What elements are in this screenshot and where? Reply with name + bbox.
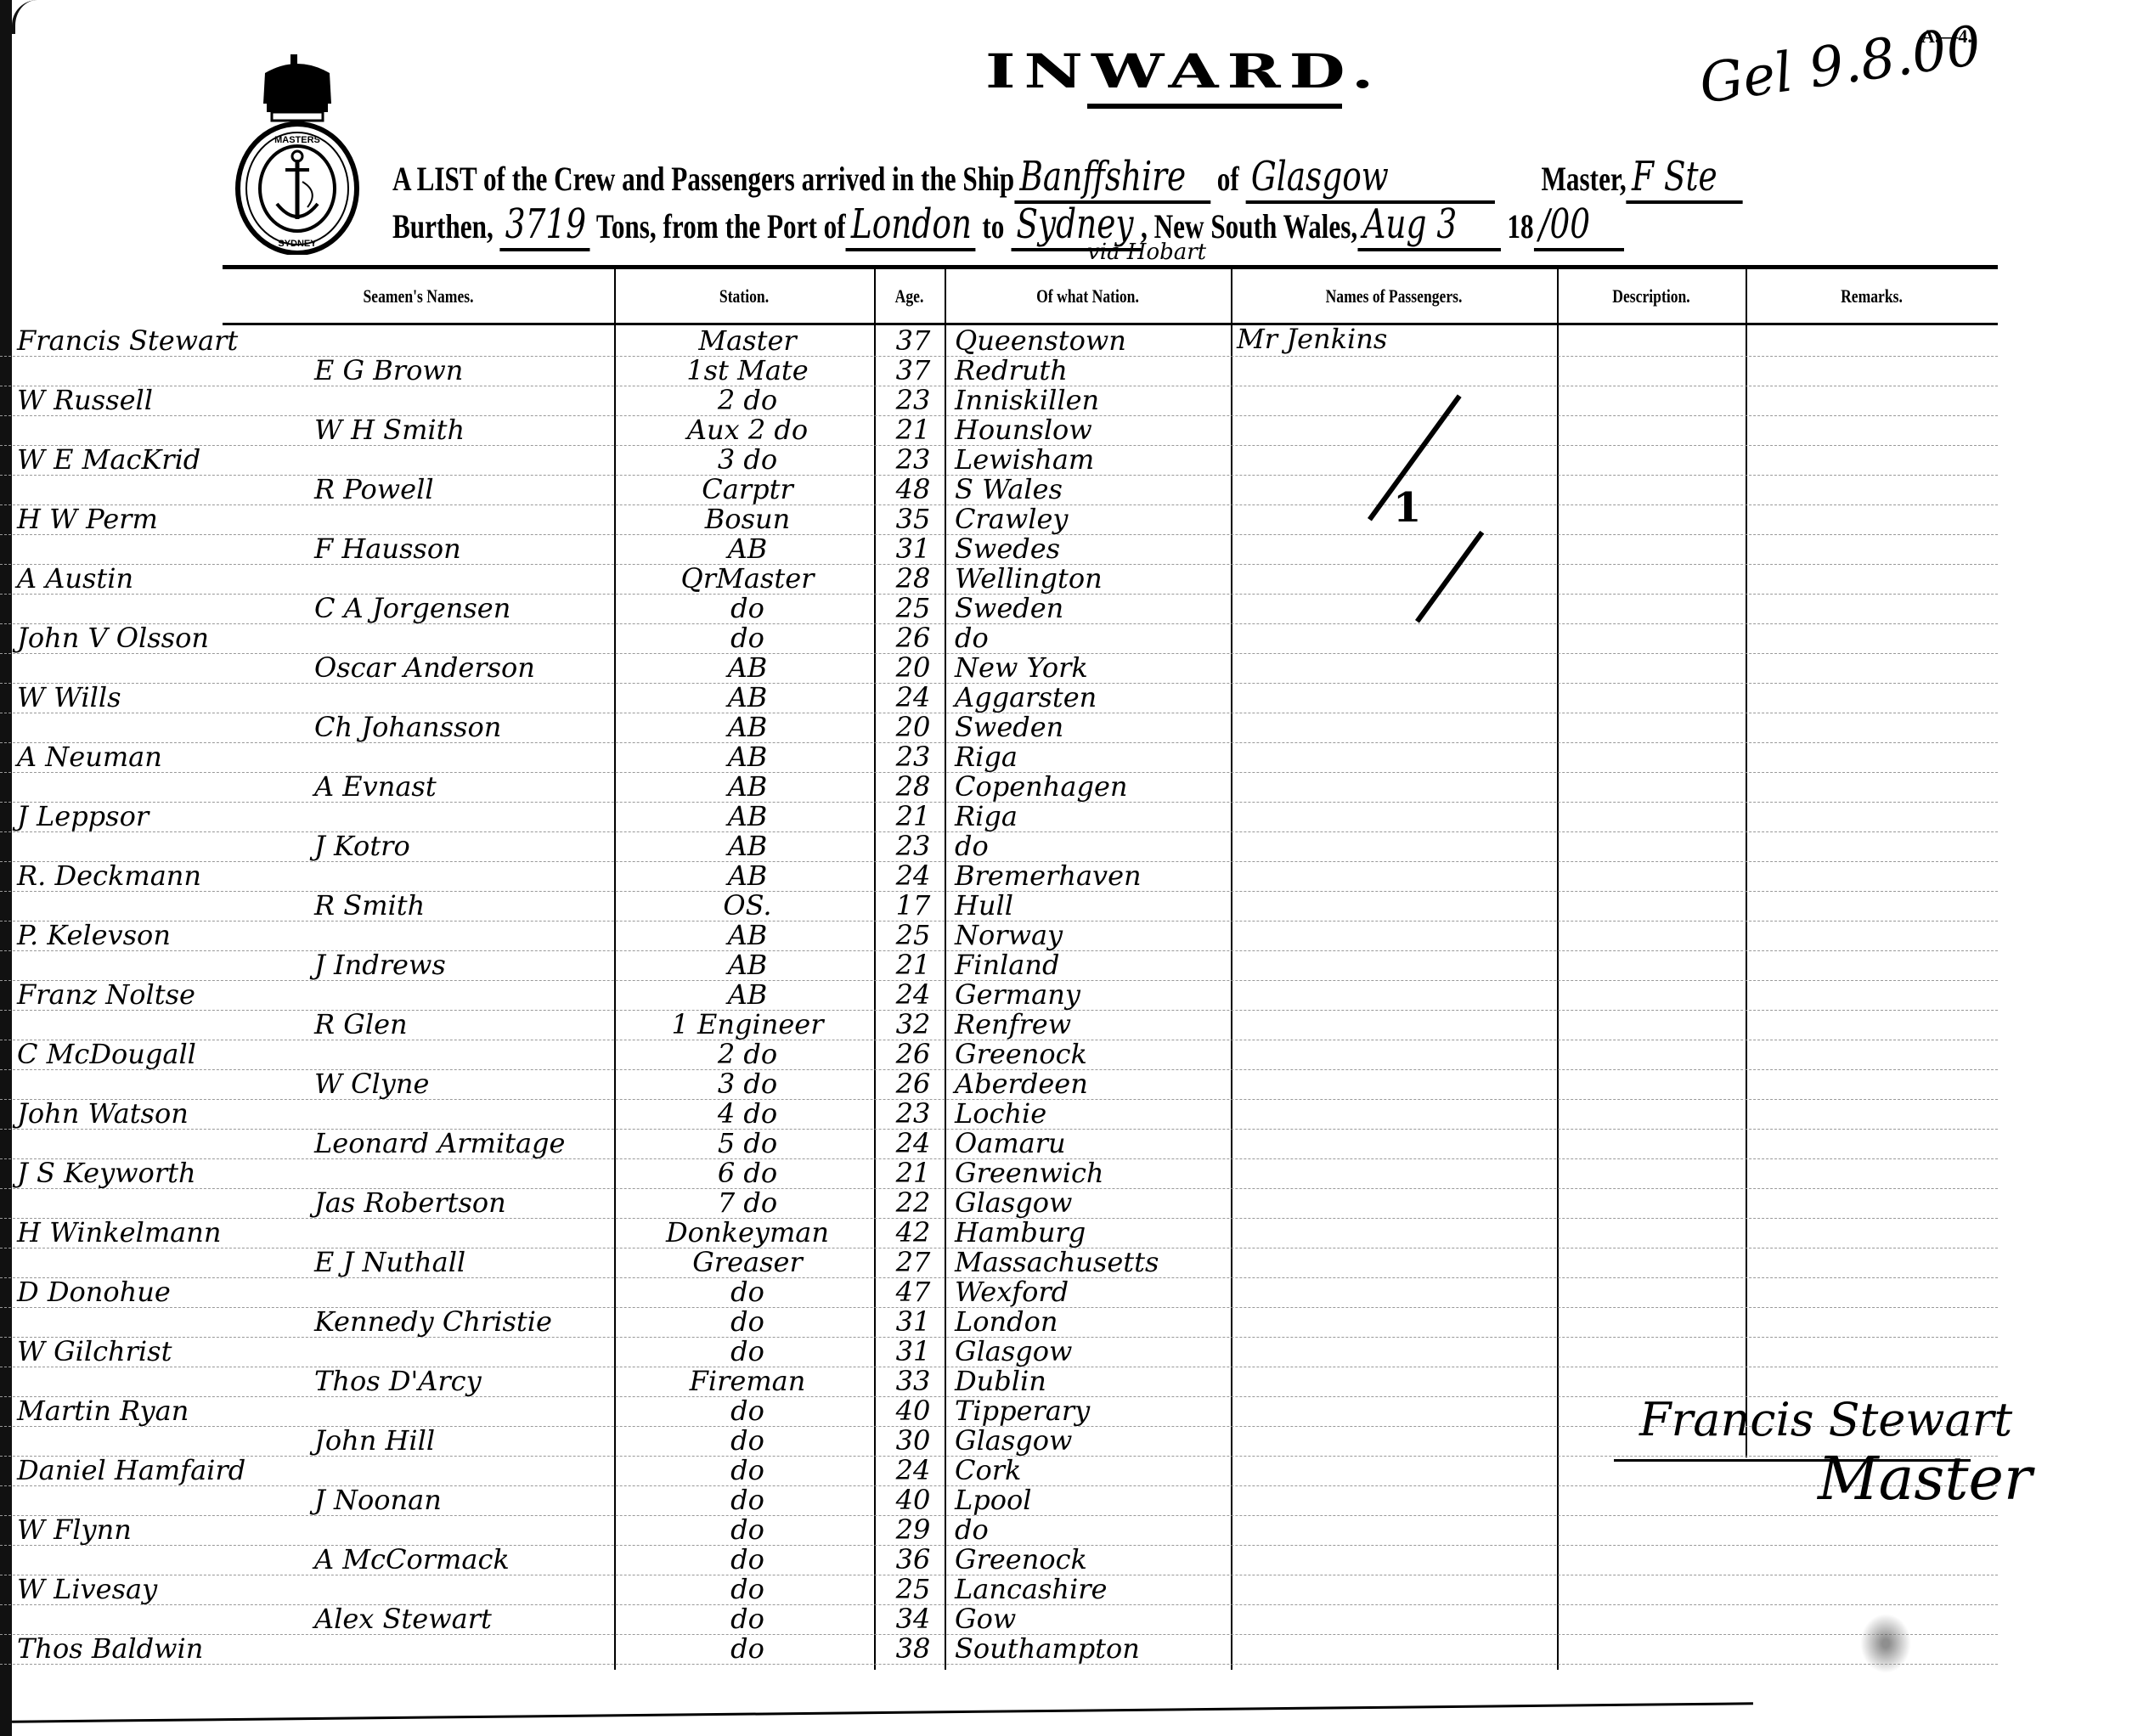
age-cell: 42 <box>883 1216 943 1248</box>
station-cell: 2 do <box>629 1038 866 1070</box>
age-cell: 26 <box>883 622 943 654</box>
table-row: J LeppsorAB21Riga <box>0 802 1998 832</box>
heading-line-1: A LIST of the Crew and Passengers arrive… <box>392 153 1743 204</box>
age-cell: 21 <box>883 1157 943 1189</box>
age-cell: 17 <box>883 889 943 922</box>
nation-cell: Sweden <box>955 592 1063 624</box>
heading-line-2: Burthen, 3719 Tons, from the Port ofLond… <box>392 200 1624 251</box>
station-cell: AB <box>629 651 866 684</box>
nation-cell: do <box>955 830 989 862</box>
age-cell: 23 <box>883 384 943 416</box>
column-header-seamen: Seamen's Names. <box>262 285 575 307</box>
nation-cell: Copenhagen <box>955 770 1128 803</box>
station-cell: do <box>629 1543 866 1575</box>
seaman-name: W Gilchrist <box>17 1335 172 1367</box>
seaman-name: J Noonan <box>314 1484 442 1516</box>
station-cell: 7 do <box>629 1186 866 1219</box>
ship-name-field[interactable]: Banffshire <box>1014 153 1210 204</box>
table-row: H WinkelmannDonkeyman42Hamburg <box>0 1218 1998 1248</box>
nation-cell: Wellington <box>955 562 1103 595</box>
age-cell: 21 <box>883 800 943 832</box>
nation-cell: Glasgow <box>955 1424 1072 1457</box>
age-cell: 23 <box>883 443 943 476</box>
seaman-name: R Powell <box>314 473 434 505</box>
nation-cell: Cork <box>955 1454 1021 1486</box>
station-cell: AB <box>629 741 866 773</box>
age-cell: 30 <box>883 1424 943 1457</box>
station-cell: AB <box>629 681 866 713</box>
nation-cell: Inniskillen <box>955 384 1099 416</box>
master-label: Master, <box>1541 160 1626 198</box>
table-row: C McDougall2 do26Greenock <box>0 1040 1998 1070</box>
table-row: H W PermBosun35Crawley <box>0 504 1998 535</box>
seaman-name: C A Jorgensen <box>314 592 510 624</box>
burthen-label: Burthen, <box>392 207 494 245</box>
age-cell: 31 <box>883 1305 943 1338</box>
nation-cell: Wexford <box>955 1276 1069 1308</box>
station-cell: Fireman <box>629 1365 866 1397</box>
table-row: F HaussonAB31Swedes <box>0 534 1998 565</box>
station-cell: AB <box>629 919 866 951</box>
age-cell: 23 <box>883 741 943 773</box>
title-underline <box>1087 104 1342 109</box>
nation-cell: Greenock <box>955 1543 1087 1575</box>
table-row: C A Jorgensendo25Sweden <box>0 594 1998 624</box>
nation-cell: Lochie <box>955 1097 1046 1130</box>
seaman-name: W Wills <box>17 681 121 713</box>
nation-cell: Sweden <box>955 711 1063 743</box>
nation-cell: Aberdeen <box>955 1068 1088 1100</box>
station-cell: AB <box>629 860 866 892</box>
table-row: W Flynndo29do <box>0 1515 1998 1546</box>
nation-cell: Lpool <box>955 1484 1032 1516</box>
seaman-name: H Winkelmann <box>17 1216 221 1248</box>
seaman-name: John Watson <box>17 1097 189 1130</box>
station-cell: 1 Engineer <box>629 1008 866 1040</box>
master-name-field[interactable]: F Ste <box>1627 153 1743 204</box>
table-row: A AustinQrMaster28Wellington <box>0 564 1998 595</box>
seaman-name: A Neuman <box>17 741 162 773</box>
station-cell: do <box>629 1335 866 1367</box>
seaman-name: Francis Stewart <box>17 324 238 357</box>
seaman-name: E G Brown <box>314 354 463 386</box>
master-title: Master <box>1818 1444 2032 1513</box>
nation-cell: Norway <box>955 919 1063 951</box>
nation-cell: Massachusetts <box>955 1246 1159 1278</box>
nation-cell: Redruth <box>955 354 1068 386</box>
table-bottom-rule <box>12 1702 1753 1722</box>
arrival-date-field[interactable]: Aug 3 <box>1357 200 1500 251</box>
table-row: Francis StewartMaster37Queenstown <box>0 326 1998 357</box>
age-cell: 24 <box>883 1454 943 1486</box>
age-cell: 33 <box>883 1365 943 1397</box>
nation-cell: Riga <box>955 800 1018 832</box>
seaman-name: J Indrews <box>314 949 446 981</box>
nation-cell: Finland <box>955 949 1059 981</box>
age-cell: 20 <box>883 711 943 743</box>
table-row: W E MacKrid3 do23Lewisham <box>0 445 1998 476</box>
tons-field[interactable]: 3719 <box>500 200 590 251</box>
nation-cell: Greenock <box>955 1038 1087 1070</box>
table-row: John V Olssondo26do <box>0 623 1998 654</box>
table-row: Leonard Armitage5 do24Oamaru <box>0 1129 1998 1159</box>
seaman-name: E J Nuthall <box>314 1246 465 1278</box>
table-row: E J NuthallGreaser27Massachusetts <box>0 1248 1998 1278</box>
age-cell: 24 <box>883 978 943 1011</box>
seaman-name: Jas Robertson <box>314 1186 506 1219</box>
table-row: J S Keyworth6 do21Greenwich <box>0 1158 1998 1189</box>
age-cell: 40 <box>883 1395 943 1427</box>
age-cell: 31 <box>883 533 943 565</box>
nation-cell: Hounslow <box>955 414 1092 446</box>
home-port-field[interactable]: Glasgow <box>1246 153 1495 204</box>
nation-cell: do <box>955 622 989 654</box>
seaman-name: W E MacKrid <box>17 443 200 476</box>
nation-cell: Queenstown <box>955 324 1126 357</box>
station-cell: do <box>629 1513 866 1546</box>
station-cell: Greaser <box>629 1246 866 1278</box>
station-cell: do <box>629 1395 866 1427</box>
seaman-name: Oscar Anderson <box>314 651 535 684</box>
station-cell: Carptr <box>629 473 866 505</box>
seaman-name: Franz Noltse <box>17 978 195 1011</box>
nation-cell: Tipperary <box>955 1395 1090 1427</box>
station-cell: 4 do <box>629 1097 866 1130</box>
seaman-name: W H Smith <box>314 414 465 446</box>
nation-cell: Swedes <box>955 533 1060 565</box>
age-cell: 38 <box>883 1632 943 1665</box>
seaman-name: J S Keyworth <box>17 1157 196 1189</box>
table-row: J Noonando40Lpool <box>0 1485 1998 1516</box>
table-row: Thos Baldwindo38Southampton <box>0 1634 1998 1665</box>
station-cell: Aux 2 do <box>629 414 866 446</box>
station-cell: do <box>629 1484 866 1516</box>
station-cell: 5 do <box>629 1127 866 1159</box>
table-row: Jas Robertson7 do22Glasgow <box>0 1188 1998 1219</box>
age-cell: 25 <box>883 1573 943 1605</box>
table-row: W H SmithAux 2 do21Hounslow <box>0 415 1998 446</box>
table-row: Oscar AndersonAB20New York <box>0 653 1998 684</box>
nation-cell: Hull <box>955 889 1013 922</box>
seaman-name: Leonard Armitage <box>314 1127 565 1159</box>
table-row: P. KelevsonAB25Norway <box>0 921 1998 951</box>
year-prefix: 18 <box>1507 207 1533 245</box>
master-signature: Francis Stewart <box>1639 1393 2012 1446</box>
age-cell: 27 <box>883 1246 943 1278</box>
station-cell: do <box>629 1276 866 1308</box>
seaman-name: R. Deckmann <box>17 860 201 892</box>
age-cell: 26 <box>883 1068 943 1100</box>
station-cell: do <box>629 1573 866 1605</box>
nation-cell: Southampton <box>955 1632 1140 1665</box>
shipping-masters-seal: MASTERS SYDNEY <box>231 54 364 255</box>
table-row: W Russell2 do23Inniskillen <box>0 386 1998 416</box>
svg-text:MASTERS: MASTERS <box>274 135 320 145</box>
via-annotation: via Hobart <box>1087 240 1206 265</box>
seaman-name: J Kotro <box>314 830 410 862</box>
seaman-name: W Russell <box>17 384 153 416</box>
nation-cell: Glasgow <box>955 1186 1072 1219</box>
nation-cell: Gow <box>955 1603 1016 1635</box>
seaman-name: Thos Baldwin <box>17 1632 203 1665</box>
scan-corner <box>12 0 49 34</box>
seaman-name: W Livesay <box>17 1573 157 1605</box>
seaman-name: W Clyne <box>314 1068 429 1100</box>
station-cell: Master <box>629 324 866 357</box>
nation-cell: S Wales <box>955 473 1063 505</box>
seaman-name: D Donohue <box>17 1276 171 1308</box>
seaman-name: John Hill <box>314 1424 435 1457</box>
table-row: A EvnastAB28Copenhagen <box>0 772 1998 803</box>
table-row: John Watson4 do23Lochie <box>0 1099 1998 1130</box>
table-row: R PowellCarptr48S Wales <box>0 475 1998 505</box>
station-cell: do <box>629 1305 866 1338</box>
seaman-name: Kennedy Christie <box>314 1305 552 1338</box>
column-header-station: Station. <box>640 285 849 307</box>
seaman-name: Daniel Hamfaird <box>17 1454 245 1486</box>
table-row: W Gilchristdo31Glasgow <box>0 1337 1998 1367</box>
nation-cell: London <box>955 1305 1058 1338</box>
age-cell: 36 <box>883 1543 943 1575</box>
reference-annotation: Gel 9.8.00 <box>1695 14 1984 116</box>
of-label: of <box>1217 160 1239 198</box>
nation-cell: Riga <box>955 741 1018 773</box>
station-cell: 1st Mate <box>629 354 866 386</box>
age-cell: 23 <box>883 1097 943 1130</box>
station-cell: 3 do <box>629 443 866 476</box>
age-cell: 35 <box>883 503 943 535</box>
column-header-passengers: Names of Passengers. <box>1263 285 1524 307</box>
table-row: A McCormackdo36Greenock <box>0 1545 1998 1575</box>
seaman-name: A McCormack <box>314 1543 510 1575</box>
passenger-tally: 1 <box>1393 484 1421 532</box>
age-cell: 47 <box>883 1276 943 1308</box>
nation-cell: New York <box>955 651 1088 684</box>
nation-cell: Lancashire <box>955 1573 1107 1605</box>
station-cell: QrMaster <box>629 562 866 595</box>
seaman-name: John V Olsson <box>17 622 209 654</box>
station-cell: AB <box>629 949 866 981</box>
nation-cell: Dublin <box>955 1365 1046 1397</box>
station-cell: 3 do <box>629 1068 866 1100</box>
station-cell: OS. <box>629 889 866 922</box>
table-row: Kennedy Christiedo31London <box>0 1307 1998 1338</box>
seaman-name: Thos D'Arcy <box>314 1365 482 1397</box>
column-header-remarks: Remarks. <box>1771 285 1973 307</box>
station-cell: do <box>629 622 866 654</box>
age-cell: 32 <box>883 1008 943 1040</box>
seaman-name: J Leppsor <box>17 800 149 832</box>
station-cell: do <box>629 1603 866 1635</box>
station-cell: do <box>629 1632 866 1665</box>
station-cell: AB <box>629 830 866 862</box>
age-cell: 23 <box>883 830 943 862</box>
nation-cell: Germany <box>955 978 1080 1011</box>
age-cell: 29 <box>883 1513 943 1546</box>
seaman-name: C McDougall <box>17 1038 196 1070</box>
age-cell: 24 <box>883 860 943 892</box>
age-cell: 21 <box>883 414 943 446</box>
age-cell: 24 <box>883 681 943 713</box>
age-cell: 40 <box>883 1484 943 1516</box>
nation-cell: Oamaru <box>955 1127 1066 1159</box>
table-row: D Donohuedo47Wexford <box>0 1277 1998 1308</box>
passenger-name: Mr Jenkins <box>1237 323 1387 355</box>
nation-cell: Glasgow <box>955 1335 1072 1367</box>
table-row: A NeumanAB23Riga <box>0 742 1998 773</box>
seaman-name: A Evnast <box>314 770 437 803</box>
station-cell: do <box>629 1454 866 1486</box>
age-cell: 24 <box>883 1127 943 1159</box>
station-cell: AB <box>629 800 866 832</box>
table-row: J IndrewsAB21Finland <box>0 950 1998 981</box>
table-row: Ch JohanssonAB20Sweden <box>0 713 1998 743</box>
age-cell: 48 <box>883 473 943 505</box>
table-row: E G Brown1st Mate37Redruth <box>0 356 1998 386</box>
nation-cell: Crawley <box>955 503 1069 535</box>
age-cell: 22 <box>883 1186 943 1219</box>
station-cell: AB <box>629 533 866 565</box>
from-port-field[interactable]: London <box>846 200 976 251</box>
age-cell: 20 <box>883 651 943 684</box>
station-cell: Bosun <box>629 503 866 535</box>
station-cell: AB <box>629 711 866 743</box>
nation-cell: Renfrew <box>955 1008 1071 1040</box>
seaman-name: Martin Ryan <box>17 1395 189 1427</box>
age-cell: 37 <box>883 324 943 357</box>
year-field[interactable]: /00 <box>1534 200 1624 251</box>
table-row: Alex Stewartdo34Gow <box>0 1604 1998 1635</box>
table-row: R SmithOS.17Hull <box>0 891 1998 922</box>
table-row: Franz NoltseAB24Germany <box>0 980 1998 1011</box>
list-heading-text: A LIST of the Crew and Passengers arrive… <box>392 160 1014 198</box>
age-cell: 25 <box>883 592 943 624</box>
station-cell: 2 do <box>629 384 866 416</box>
seaman-name: Ch Johansson <box>314 711 501 743</box>
table-row: W WillsAB24Aggarsten <box>0 683 1998 713</box>
nation-cell: Greenwich <box>955 1157 1104 1189</box>
nation-cell: do <box>955 1513 989 1546</box>
nation-cell: Bremerhaven <box>955 860 1142 892</box>
station-cell: do <box>629 1424 866 1457</box>
tons-label: Tons, from the Port of <box>596 207 846 245</box>
table-row: J KotroAB23do <box>0 831 1998 862</box>
seaman-name: R Smith <box>314 889 425 922</box>
nation-cell: Aggarsten <box>955 681 1097 713</box>
nation-cell: Hamburg <box>955 1216 1086 1248</box>
seaman-name: P. Kelevson <box>17 919 171 951</box>
nation-cell: Lewisham <box>955 443 1094 476</box>
table-row: R Glen1 Engineer32Renfrew <box>0 1010 1998 1040</box>
age-cell: 31 <box>883 1335 943 1367</box>
seaman-name: Alex Stewart <box>314 1603 492 1635</box>
seaman-name: R Glen <box>314 1008 408 1040</box>
station-cell: 6 do <box>629 1157 866 1189</box>
station-cell: AB <box>629 978 866 1011</box>
header-top-rule <box>223 265 1998 269</box>
station-cell: AB <box>629 770 866 803</box>
station-cell: Donkeyman <box>629 1216 866 1248</box>
seaman-name: A Austin <box>17 562 133 595</box>
table-row: W Livesaydo25Lancashire <box>0 1575 1998 1605</box>
page-title: INWARD. <box>985 44 1382 99</box>
age-cell: 28 <box>883 770 943 803</box>
anchor-crown-seal-icon: MASTERS SYDNEY <box>231 54 364 255</box>
seaman-name: W Flynn <box>17 1513 132 1546</box>
svg-text:SYDNEY: SYDNEY <box>278 239 317 249</box>
station-cell: do <box>629 592 866 624</box>
seaman-name: F Hausson <box>314 533 461 565</box>
age-cell: 37 <box>883 354 943 386</box>
table-row: R. DeckmannAB24Bremerhaven <box>0 861 1998 892</box>
column-header-nation: Of what Nation. <box>973 285 1203 307</box>
ink-smudge <box>1860 1614 1911 1673</box>
age-cell: 21 <box>883 949 943 981</box>
age-cell: 34 <box>883 1603 943 1635</box>
column-header-age: Age. <box>881 285 937 307</box>
age-cell: 28 <box>883 562 943 595</box>
age-cell: 26 <box>883 1038 943 1070</box>
age-cell: 25 <box>883 919 943 951</box>
table-row: W Clyne3 do26Aberdeen <box>0 1069 1998 1100</box>
column-header-description: Description. <box>1576 285 1727 307</box>
to-label: to <box>982 207 1004 245</box>
seaman-name: H W Perm <box>17 503 158 535</box>
